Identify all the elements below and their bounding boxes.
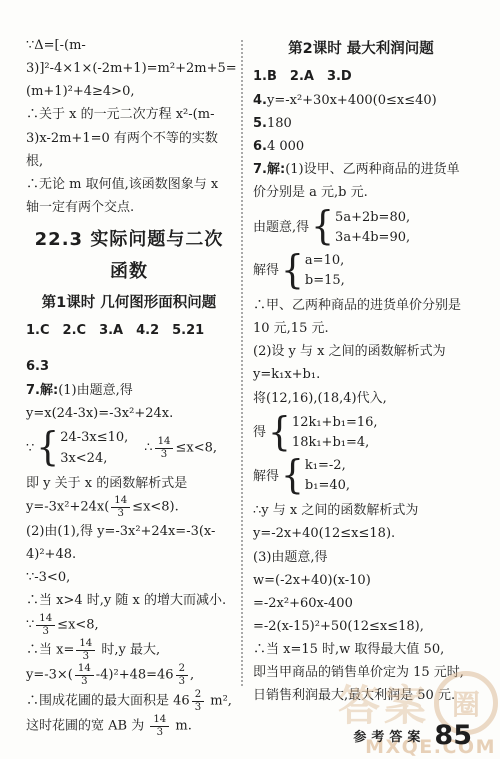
equation-system: ∵{24-3x≤10,3x<24,∴143≤x<8,: [26, 428, 232, 468]
system-label: ∵: [26, 437, 34, 460]
answer-item: 2.A: [290, 65, 314, 88]
equation-system: 解得{k₁=-2,b₁=40,: [253, 456, 469, 496]
section-heading: 22.3 实际问题与二次函数: [26, 224, 232, 288]
equation-line: b=15,: [305, 271, 345, 291]
text-line: ∴无论 m 取何值,该函数图象与 x 轴一定有两个交点.: [26, 173, 232, 219]
fraction: 23: [176, 663, 188, 688]
equation-line: 12k₁+b₁=16,: [292, 413, 378, 433]
system-equations: 5a+2b=80,3a+4b=90,: [335, 208, 410, 248]
fraction: 143: [75, 663, 94, 688]
equation-line: b₁=40,: [305, 476, 350, 496]
equation-system: 由题意,得{5a+2b=80,3a+4b=90,: [253, 208, 469, 248]
text-line: 这时花圃的宽 AB 为 143 m.: [26, 714, 232, 739]
text-line: w=(-2x+40)(x-10): [253, 569, 469, 592]
answer-line: 1.C2.C3.A4.25.216.3: [26, 319, 232, 378]
problem-number: 4.: [253, 93, 267, 108]
text-line: y=-3×(143-4)²+48=4623,: [26, 663, 232, 688]
text-line: (2)设 y 与 x 之间的函数解析式为 y=k₁x+b₁.: [253, 340, 469, 386]
equation-line: k₁=-2,: [305, 456, 350, 476]
equation-line: 5a+2b=80,: [335, 208, 410, 228]
answer-item: 1.B: [253, 65, 277, 88]
page-footer: 参考答案 85: [353, 722, 472, 749]
page-number: 85: [434, 722, 472, 749]
answer-line: 1.B2.A3.D: [253, 65, 469, 88]
fraction: 23: [192, 689, 204, 714]
fraction: 143: [36, 613, 55, 638]
text-line: ∴甲、乙两种商品的进货单价分别是 10 元,15 元.: [253, 294, 469, 340]
answer-item: 5.21: [172, 319, 204, 342]
text-line: 5.180: [253, 112, 469, 135]
right-column: 第2课时 最大利润问题1.B2.A3.D4.y=-x²+30x+400(0≤x≤…: [253, 34, 469, 707]
system-conclusion: ∴143≤x<8,: [144, 436, 217, 461]
problem-number: 5.: [253, 116, 267, 131]
text-line: ∵143≤x<8,: [26, 613, 232, 638]
text-line: ∴围成花圃的最大面积是 4623 m²,: [26, 689, 232, 714]
system-label: 由题意,得: [253, 216, 309, 239]
brace-icon: {: [36, 431, 59, 467]
system-label: 解得: [253, 465, 279, 488]
text-line: (3)由题意,得: [253, 546, 469, 569]
system-label: 得: [253, 421, 266, 444]
answer-item: 6.3: [26, 355, 49, 378]
text-line: 即当甲商品的销售单价定为 15 元时,日销售利润最大,最大利润是 50 元.: [253, 661, 469, 707]
equation-system: 解得{a=10,b=15,: [253, 251, 469, 291]
text-line: 将(12,16),(18,4)代入,: [253, 387, 469, 410]
brace-icon: {: [281, 253, 304, 289]
brace-icon: {: [311, 210, 334, 246]
answer-item: 1.C: [26, 319, 50, 342]
answer-item: 2.C: [63, 319, 87, 342]
fraction: 143: [155, 436, 174, 461]
answer-item: 3.A: [99, 319, 123, 342]
equation-line: a=10,: [305, 251, 345, 271]
brace-icon: {: [268, 415, 291, 451]
system-equations: 12k₁+b₁=16,18k₁+b₁=4,: [292, 413, 378, 453]
text-line: 7.解:(1)设甲、乙两种商品的进货单价分别是 a 元,b 元.: [253, 158, 469, 204]
fraction: 143: [150, 714, 169, 739]
left-column: ∵Δ=[-(m-3)]²-4×1×(-2m+1)=m²+2m+5=(m+1)²+…: [26, 34, 232, 739]
text-line: ∴关于 x 的一元二次方程 x²-(m-3)x-2m+1=0 有两个不等的实数根…: [26, 103, 232, 172]
text-line: =-2(x-15)²+50(12≤x≤18),: [253, 615, 469, 638]
answer-key-page: ∵Δ=[-(m-3)]²-4×1×(-2m+1)=m²+2m+5=(m+1)²+…: [0, 0, 500, 759]
problem-number: 7.解:: [26, 383, 58, 398]
system-label: 解得: [253, 259, 279, 282]
problem-number: 7.解:: [253, 162, 285, 177]
text-line: 7.解:(1)由题意,得: [26, 379, 232, 402]
equation-line: 24-3x≤10,: [60, 428, 128, 448]
lesson-heading: 第1课时 几何图形面积问题: [26, 291, 232, 317]
lesson-heading: 第2课时 最大利润问题: [253, 37, 469, 63]
text-line: y=x(24-3x)=-3x²+24x.: [26, 402, 232, 425]
text-line: ∴当 x=143 时,y 最大,: [26, 638, 232, 663]
answer-item: 4.2: [136, 319, 159, 342]
text-line: =-2x²+60x-400: [253, 592, 469, 615]
column-divider: [241, 40, 243, 686]
brace-icon: {: [281, 458, 304, 494]
text-line: 4.y=-x²+30x+400(0≤x≤40): [253, 89, 469, 112]
text-line: ∵-3<0,: [26, 566, 232, 589]
text-line: ∴当 x>4 时,y 随 x 的增大而减小.: [26, 589, 232, 612]
text-line: 即 y 关于 x 的函数解析式是 y=-3x²+24x(143≤x<8).: [26, 472, 232, 520]
equation-system: 得{12k₁+b₁=16,18k₁+b₁=4,: [253, 413, 469, 453]
fraction: 143: [76, 638, 95, 663]
text-line: 6.4 000: [253, 135, 469, 158]
footer-label: 参考答案: [353, 726, 425, 749]
text-line: (2)由(1),得 y=-3x²+24x=-3(x-4)²+48.: [26, 520, 232, 566]
system-equations: 24-3x≤10,3x<24,: [60, 428, 128, 468]
text-line: ∵Δ=[-(m-3)]²-4×1×(-2m+1)=m²+2m+5=(m+1)²+…: [26, 34, 232, 103]
answer-item: 3.D: [327, 65, 352, 88]
text-line: ∴y 与 x 之间的函数解析式为 y=-2x+40(12≤x≤18).: [253, 499, 469, 545]
system-equations: k₁=-2,b₁=40,: [305, 456, 350, 496]
equation-line: 18k₁+b₁=4,: [292, 433, 378, 453]
system-equations: a=10,b=15,: [305, 251, 345, 291]
equation-line: 3x<24,: [60, 449, 128, 469]
problem-number: 6.: [253, 139, 267, 154]
text-line: ∴当 x=15 时,w 取得最大值 50,: [253, 638, 469, 661]
equation-line: 3a+4b=90,: [335, 228, 410, 248]
fraction: 143: [111, 495, 130, 520]
